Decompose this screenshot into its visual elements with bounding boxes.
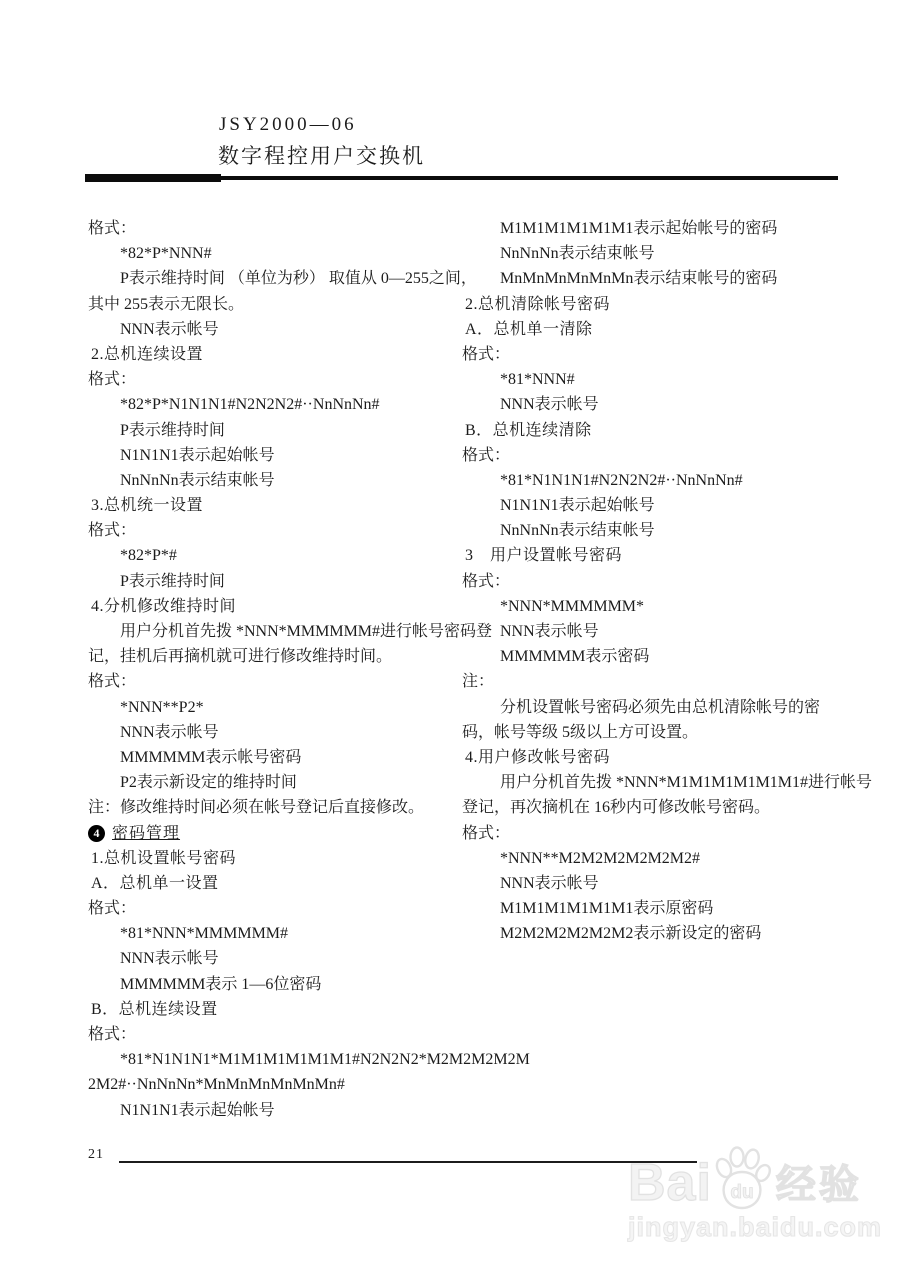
text-line: NNN表示帐号 (462, 619, 842, 644)
list-item: 4.用户修改帐号密码 (462, 745, 842, 770)
text-line: 格式： (462, 443, 842, 468)
watermark-jingyan-cn: 经验 (776, 1158, 862, 1212)
list-item: A．总机单一设置 (88, 871, 460, 896)
format-code-line: *NNN**P2* (88, 695, 460, 720)
list-item: B．总机连续设置 (88, 997, 460, 1022)
list-item: 2.总机清除帐号密码 (462, 292, 842, 317)
list-item: 1.总机设置帐号密码 (88, 846, 460, 871)
header-rule-thin (221, 176, 838, 180)
watermark-site-url: jingyan.baidu.com (628, 1212, 906, 1243)
list-item: 4.分机修改维持时间 (88, 594, 460, 619)
text-line: 格式： (462, 342, 842, 367)
text-line: M1M1M1M1M1M1表示原密码 (462, 896, 842, 921)
text-line: 格式： (88, 896, 460, 921)
text-line: NNN表示帐号 (88, 720, 460, 745)
text-line: 格式： (88, 669, 460, 694)
format-code-line: *81*NNN*MMMMMM# (88, 921, 460, 946)
text-line: NNN表示帐号 (462, 871, 842, 896)
watermark-du-text: du (730, 1182, 753, 1203)
text-line: N1N1N1表示起始帐号 (88, 1098, 460, 1123)
text-line: 分机设置帐号密码必须先由总机清除帐号的密 (462, 695, 842, 720)
text-line: P表示维持时间 （单位为秒） 取值从 0—255之间， (88, 266, 460, 291)
baidu-watermark: Bai du 经验 jingyan.baidu.com (628, 1146, 906, 1243)
text-line: N1N1N1表示起始帐号 (462, 493, 842, 518)
text-line: 其中 255表示无限长。 (88, 292, 460, 317)
list-item: 3.总机统一设置 (88, 493, 460, 518)
format-code-line: 2M2#··NnNnNn*MnMnMnMnMnMn# (88, 1072, 460, 1097)
text-line: NnNnNn表示结束帐号 (462, 518, 842, 543)
footer-rule (119, 1161, 697, 1163)
text-line: P2表示新设定的维持时间 (88, 770, 460, 795)
text-line: M1M1M1M1M1M1表示起始帐号的密码 (462, 216, 842, 241)
section-header: 4密码管理 (88, 821, 460, 846)
text-line: NnNnNn表示结束帐号 (88, 468, 460, 493)
document-page: JSY2000—06 数字程控用户交换机 格式： *82*P*NNN# P表示维… (0, 0, 906, 1280)
right-column: M1M1M1M1M1M1表示起始帐号的密码 NnNnNn表示结束帐号 MnMnM… (462, 216, 842, 946)
text-line: NNN表示帐号 (462, 392, 842, 417)
list-item: B．总机连续清除 (462, 418, 842, 443)
format-code-line: *81*N1N1N1#N2N2N2#··NnNnNn# (462, 468, 842, 493)
watermark-bai-text: Bai (628, 1154, 712, 1212)
format-code-line: *81*NNN# (462, 367, 842, 392)
note-line: 注： (462, 669, 842, 694)
text-line: 格式： (88, 518, 460, 543)
text-line: P表示维持时间 (88, 418, 460, 443)
left-column: 格式： *82*P*NNN# P表示维持时间 （单位为秒） 取值从 0—255之… (88, 216, 460, 1123)
page-number: 21 (88, 1147, 104, 1163)
text-line: 记，挂机后再摘机就可进行修改维持时间。 (88, 644, 460, 669)
list-item: 2.总机连续设置 (88, 342, 460, 367)
format-code-line: *NNN**M2M2M2M2M2M2# (462, 846, 842, 871)
text-line: 码，帐号等级 5级以上方可设置。 (462, 720, 842, 745)
text-line: 格式： (88, 216, 460, 241)
format-code-line: *81*N1N1N1*M1M1M1M1M1M1#N2N2N2*M2M2M2M2M (88, 1047, 460, 1072)
text-line: 格式： (462, 821, 842, 846)
list-item: 3 用户设置帐号密码 (462, 543, 842, 568)
format-code-line: *82*P*# (88, 543, 460, 568)
text-line: MMMMMM表示 1—6位密码 (88, 972, 460, 997)
header-rule-thick (85, 174, 221, 182)
doc-title-model: JSY2000—06 (219, 114, 357, 136)
list-item: A．总机单一清除 (462, 317, 842, 342)
text-line: 格式： (88, 367, 460, 392)
format-code-line: *82*P*N1N1N1#N2N2N2#··NnNnNn# (88, 392, 460, 417)
format-code-line: *82*P*NNN# (88, 241, 460, 266)
text-line: P表示维持时间 (88, 569, 460, 594)
paw-icon: du (713, 1146, 771, 1210)
text-line: NNN表示帐号 (88, 317, 460, 342)
text-line: MnMnMnMnMnMn表示结束帐号的密码 (462, 266, 842, 291)
text-line: NNN表示帐号 (88, 946, 460, 971)
text-line: 格式： (462, 569, 842, 594)
watermark-brand-row: Bai du 经验 (628, 1146, 906, 1212)
text-line: 格式： (88, 1022, 460, 1047)
text-line: M2M2M2M2M2M2表示新设定的密码 (462, 921, 842, 946)
text-line: MMMMMM表示密码 (462, 644, 842, 669)
note-line: 注：修改维持时间必须在帐号登记后直接修改。 (88, 795, 460, 820)
doc-title-product: 数字程控用户交换机 (218, 140, 425, 170)
text-line: 用户分机首先拨 *NNN*MMMMMM#进行帐号密码登 (88, 619, 460, 644)
text-line: NnNnNn表示结束帐号 (462, 241, 842, 266)
section-bullet-icon: 4 (88, 825, 105, 842)
text-line: MMMMMM表示帐号密码 (88, 745, 460, 770)
text-line: 用户分机首先拨 *NNN*M1M1M1M1M1M1#进行帐号 (462, 770, 842, 795)
format-code-line: *NNN*MMMMMM* (462, 594, 842, 619)
text-line: N1N1N1表示起始帐号 (88, 443, 460, 468)
text-line: 登记，再次摘机在 16秒内可修改帐号密码。 (462, 795, 842, 820)
section-title: 密码管理 (112, 825, 180, 842)
